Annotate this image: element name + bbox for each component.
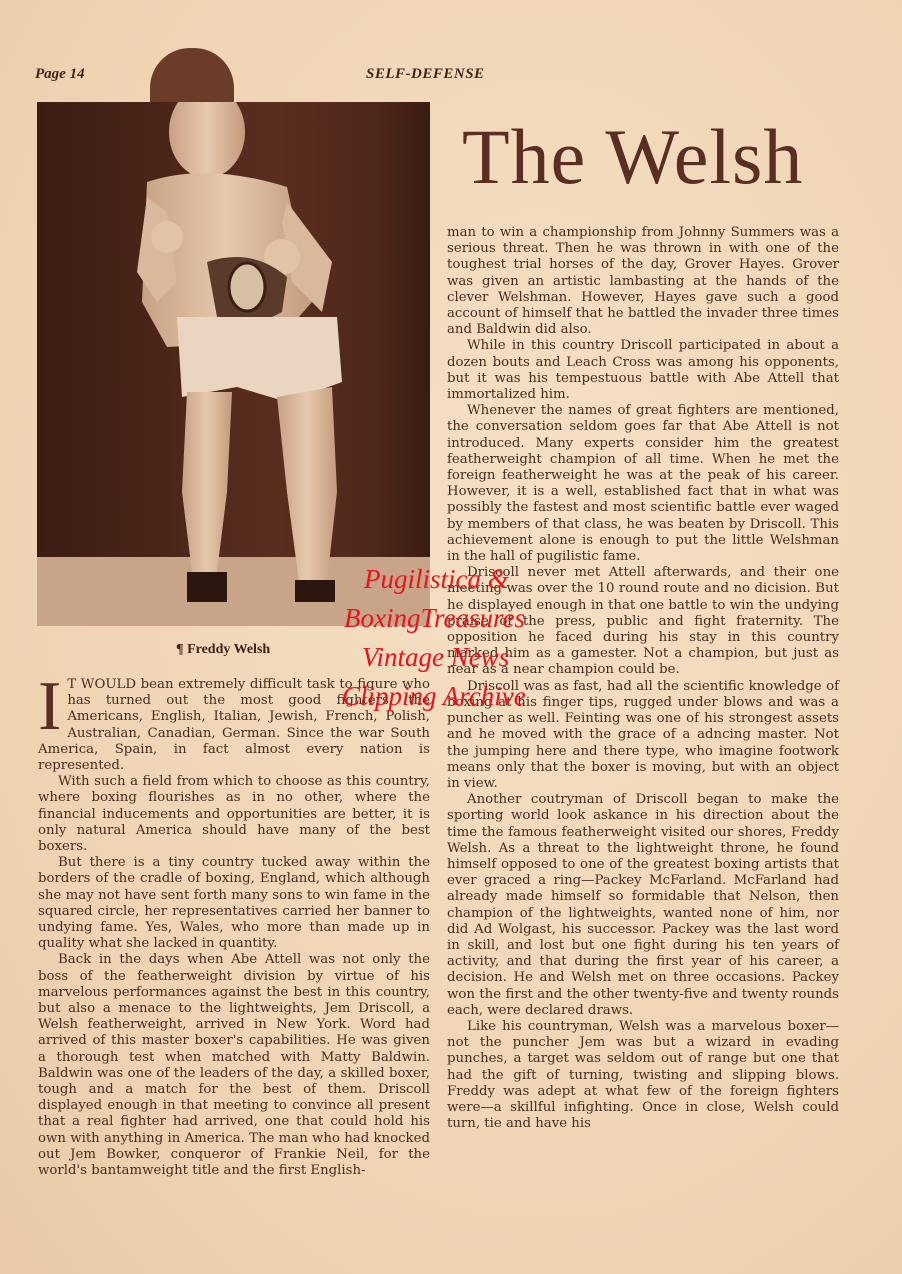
left-column: IT WOULD bean extremely difficult task t… (38, 677, 430, 1179)
head-overflow (150, 48, 234, 108)
paragraph: Whenever the names of great fighters are… (447, 403, 839, 565)
pilcrow-icon: ¶ (176, 642, 184, 657)
boxer-figure-illustration (37, 102, 430, 626)
paragraph: Like his countryman, Welsh was a marvelo… (447, 1019, 839, 1132)
watermark-line-1: Pugilistica & (364, 566, 509, 593)
paragraph: Another coutryman of Driscoll began to m… (447, 792, 839, 1019)
article-title: The Welsh (462, 118, 803, 196)
paragraph: But there is a tiny country tucked away … (38, 855, 430, 952)
paragraph: Back in the days when Abe Attell was not… (38, 952, 430, 1179)
boxer-photo (37, 102, 430, 626)
watermark-line-2: BoxingTreasures (344, 605, 525, 632)
photo-caption: ¶ Freddy Welsh (176, 642, 270, 658)
publication-title: SELF-DEFENSE (366, 66, 485, 83)
watermark-line-3: Vintage News (362, 644, 509, 671)
right-column: man to win a championship from Johnny Su… (447, 225, 839, 1132)
caption-text: Freddy Welsh (187, 642, 270, 657)
drop-cap: I (38, 679, 61, 735)
page-number: Page 14 (35, 66, 85, 83)
paragraph: With such a field from which to choose a… (38, 774, 430, 855)
watermark-line-4: Clipping Archive (342, 683, 526, 710)
paragraph: man to win a championship from Johnny Su… (447, 225, 839, 338)
paragraph: While in this country Driscoll participa… (447, 338, 839, 403)
